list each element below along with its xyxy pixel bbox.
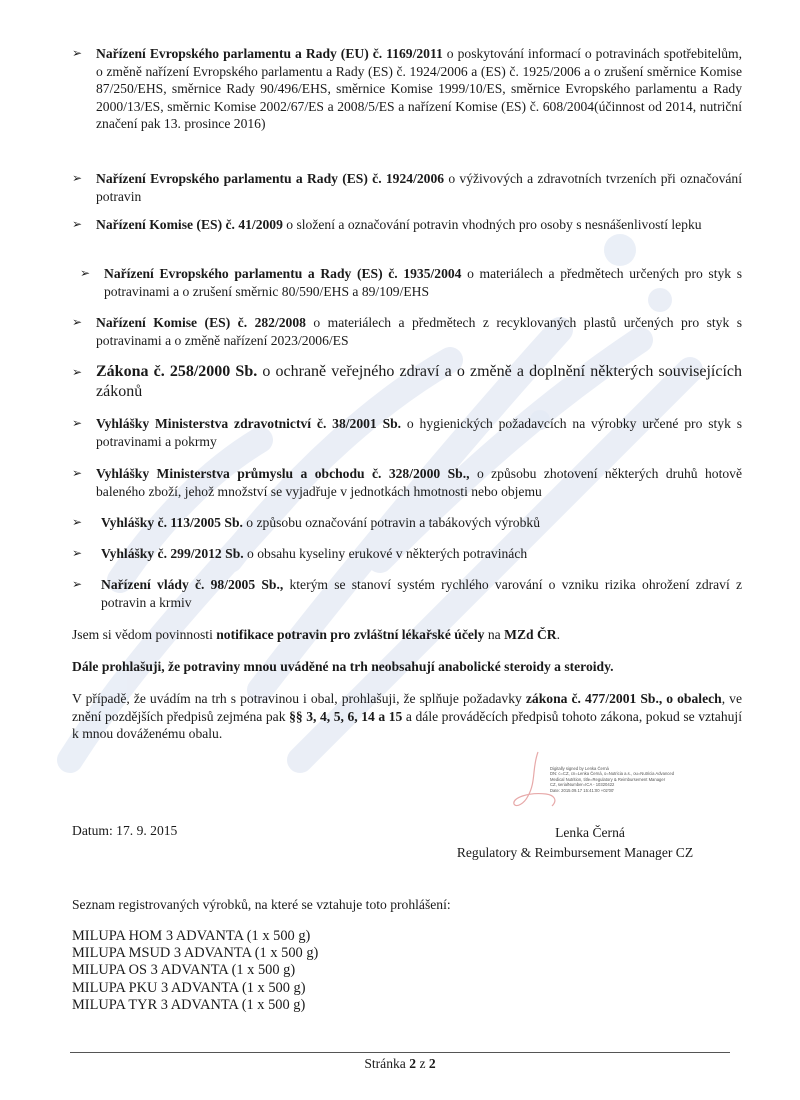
packaging-statement: V případě, že uvádím na trh s potravinou… bbox=[72, 690, 742, 743]
page-number: Stránka 2 z 2 bbox=[0, 1056, 800, 1072]
product-item: MILUPA OS 3 ADVANTA (1 x 500 g) bbox=[72, 962, 318, 979]
regulation-title: Nařízení Komise (ES) č. 41/2009 bbox=[96, 217, 283, 232]
document-page: ➢ Nařízení Evropského parlamentu a Rady … bbox=[0, 0, 800, 1100]
notification-statement: Jsem si vědom povinnosti notifikace potr… bbox=[72, 626, 742, 644]
product-list: MILUPA HOM 3 ADVANTA (1 x 500 g) MILUPA … bbox=[72, 928, 318, 1014]
regulation-item: ➢ Nařízení Komise (ES) č. 282/2008 o mat… bbox=[72, 314, 742, 349]
regulation-title: Vyhlášky Ministerstva zdravotnictví č. 3… bbox=[96, 416, 401, 431]
footer-divider bbox=[70, 1052, 730, 1053]
regulation-description: o složení a označování potravin vhodných… bbox=[283, 217, 702, 232]
signature-details: Digitally signed by Lenka Černá DN: c=CZ… bbox=[550, 766, 674, 793]
regulation-item: ➢ Vyhlášky č. 299/2012 Sb. o obsahu kyse… bbox=[72, 545, 742, 563]
product-item: MILUPA HOM 3 ADVANTA (1 x 500 g) bbox=[72, 928, 318, 945]
arrow-bullet-icon: ➢ bbox=[80, 265, 90, 283]
regulation-title: Nařízení vlády č. 98/2005 Sb., bbox=[101, 577, 283, 592]
regulation-title: Nařízení Evropského parlamentu a Rady (E… bbox=[96, 46, 443, 61]
regulation-item: ➢ Nařízení Evropského parlamentu a Rady … bbox=[72, 170, 742, 205]
arrow-bullet-icon: ➢ bbox=[72, 465, 82, 483]
regulation-item: ➢ Vyhlášky č. 113/2005 Sb. o způsobu ozn… bbox=[72, 514, 742, 532]
product-item: MILUPA PKU 3 ADVANTA (1 x 500 g) bbox=[72, 980, 318, 997]
regulation-title: Nařízení Evropského parlamentu a Rady (E… bbox=[104, 266, 461, 281]
regulation-title: Vyhlášky Ministerstva průmyslu a obchodu… bbox=[96, 466, 470, 481]
steroids-statement: Dále prohlašuji, že potraviny mnou uvádě… bbox=[72, 658, 742, 676]
regulation-description: o způsobu označování potravin a tabákový… bbox=[243, 515, 540, 530]
regulation-title: Nařízení Komise (ES) č. 282/2008 bbox=[96, 315, 306, 330]
signature-date: Datum: 17. 9. 2015 bbox=[72, 823, 177, 839]
signer-name: Lenka Černá bbox=[405, 823, 745, 843]
regulation-title: Vyhlášky č. 113/2005 Sb. bbox=[101, 515, 243, 530]
arrow-bullet-icon: ➢ bbox=[72, 415, 82, 433]
regulation-item: ➢ Nařízení Evropského parlamentu a Rady … bbox=[80, 265, 742, 300]
product-item: MILUPA TYR 3 ADVANTA (1 x 500 g) bbox=[72, 997, 318, 1014]
arrow-bullet-icon: ➢ bbox=[72, 576, 82, 594]
regulation-item: ➢ Nařízení Komise (ES) č. 41/2009 o slož… bbox=[72, 216, 742, 234]
regulation-title: Nařízení Evropského parlamentu a Rady (E… bbox=[96, 171, 444, 186]
signer-title: Regulatory & Reimbursement Manager CZ bbox=[457, 845, 693, 860]
signer-block: Lenka Černá Regulatory & Reimbursement M… bbox=[405, 823, 745, 863]
regulation-item: ➢ Nařízení Evropského parlamentu a Rady … bbox=[72, 45, 742, 133]
product-item: MILUPA MSUD 3 ADVANTA (1 x 500 g) bbox=[72, 945, 318, 962]
arrow-bullet-icon: ➢ bbox=[72, 170, 82, 188]
arrow-bullet-icon: ➢ bbox=[72, 314, 82, 332]
regulation-item: ➢ Vyhlášky Ministerstva průmyslu a obcho… bbox=[72, 465, 742, 500]
arrow-bullet-icon: ➢ bbox=[72, 545, 82, 563]
regulation-item: ➢ Zákona č. 258/2000 Sb. o ochraně veřej… bbox=[72, 362, 742, 402]
arrow-bullet-icon: ➢ bbox=[72, 514, 82, 532]
regulation-item: ➢ Nařízení vlády č. 98/2005 Sb., kterým … bbox=[72, 576, 742, 611]
arrow-bullet-icon: ➢ bbox=[72, 45, 82, 63]
regulation-title: Vyhlášky č. 299/2012 Sb. bbox=[101, 546, 244, 561]
digital-signature[interactable]: Digitally signed by Lenka Černá DN: c=CZ… bbox=[506, 748, 706, 810]
products-heading: Seznam registrovaných výrobků, na které … bbox=[72, 897, 451, 913]
regulation-description: o obsahu kyseliny erukové v některých po… bbox=[244, 546, 528, 561]
regulation-item: ➢ Vyhlášky Ministerstva zdravotnictví č.… bbox=[72, 415, 742, 450]
arrow-bullet-icon: ➢ bbox=[72, 362, 82, 382]
regulation-title: Zákona č. 258/2000 Sb. bbox=[96, 363, 257, 380]
arrow-bullet-icon: ➢ bbox=[72, 216, 82, 234]
